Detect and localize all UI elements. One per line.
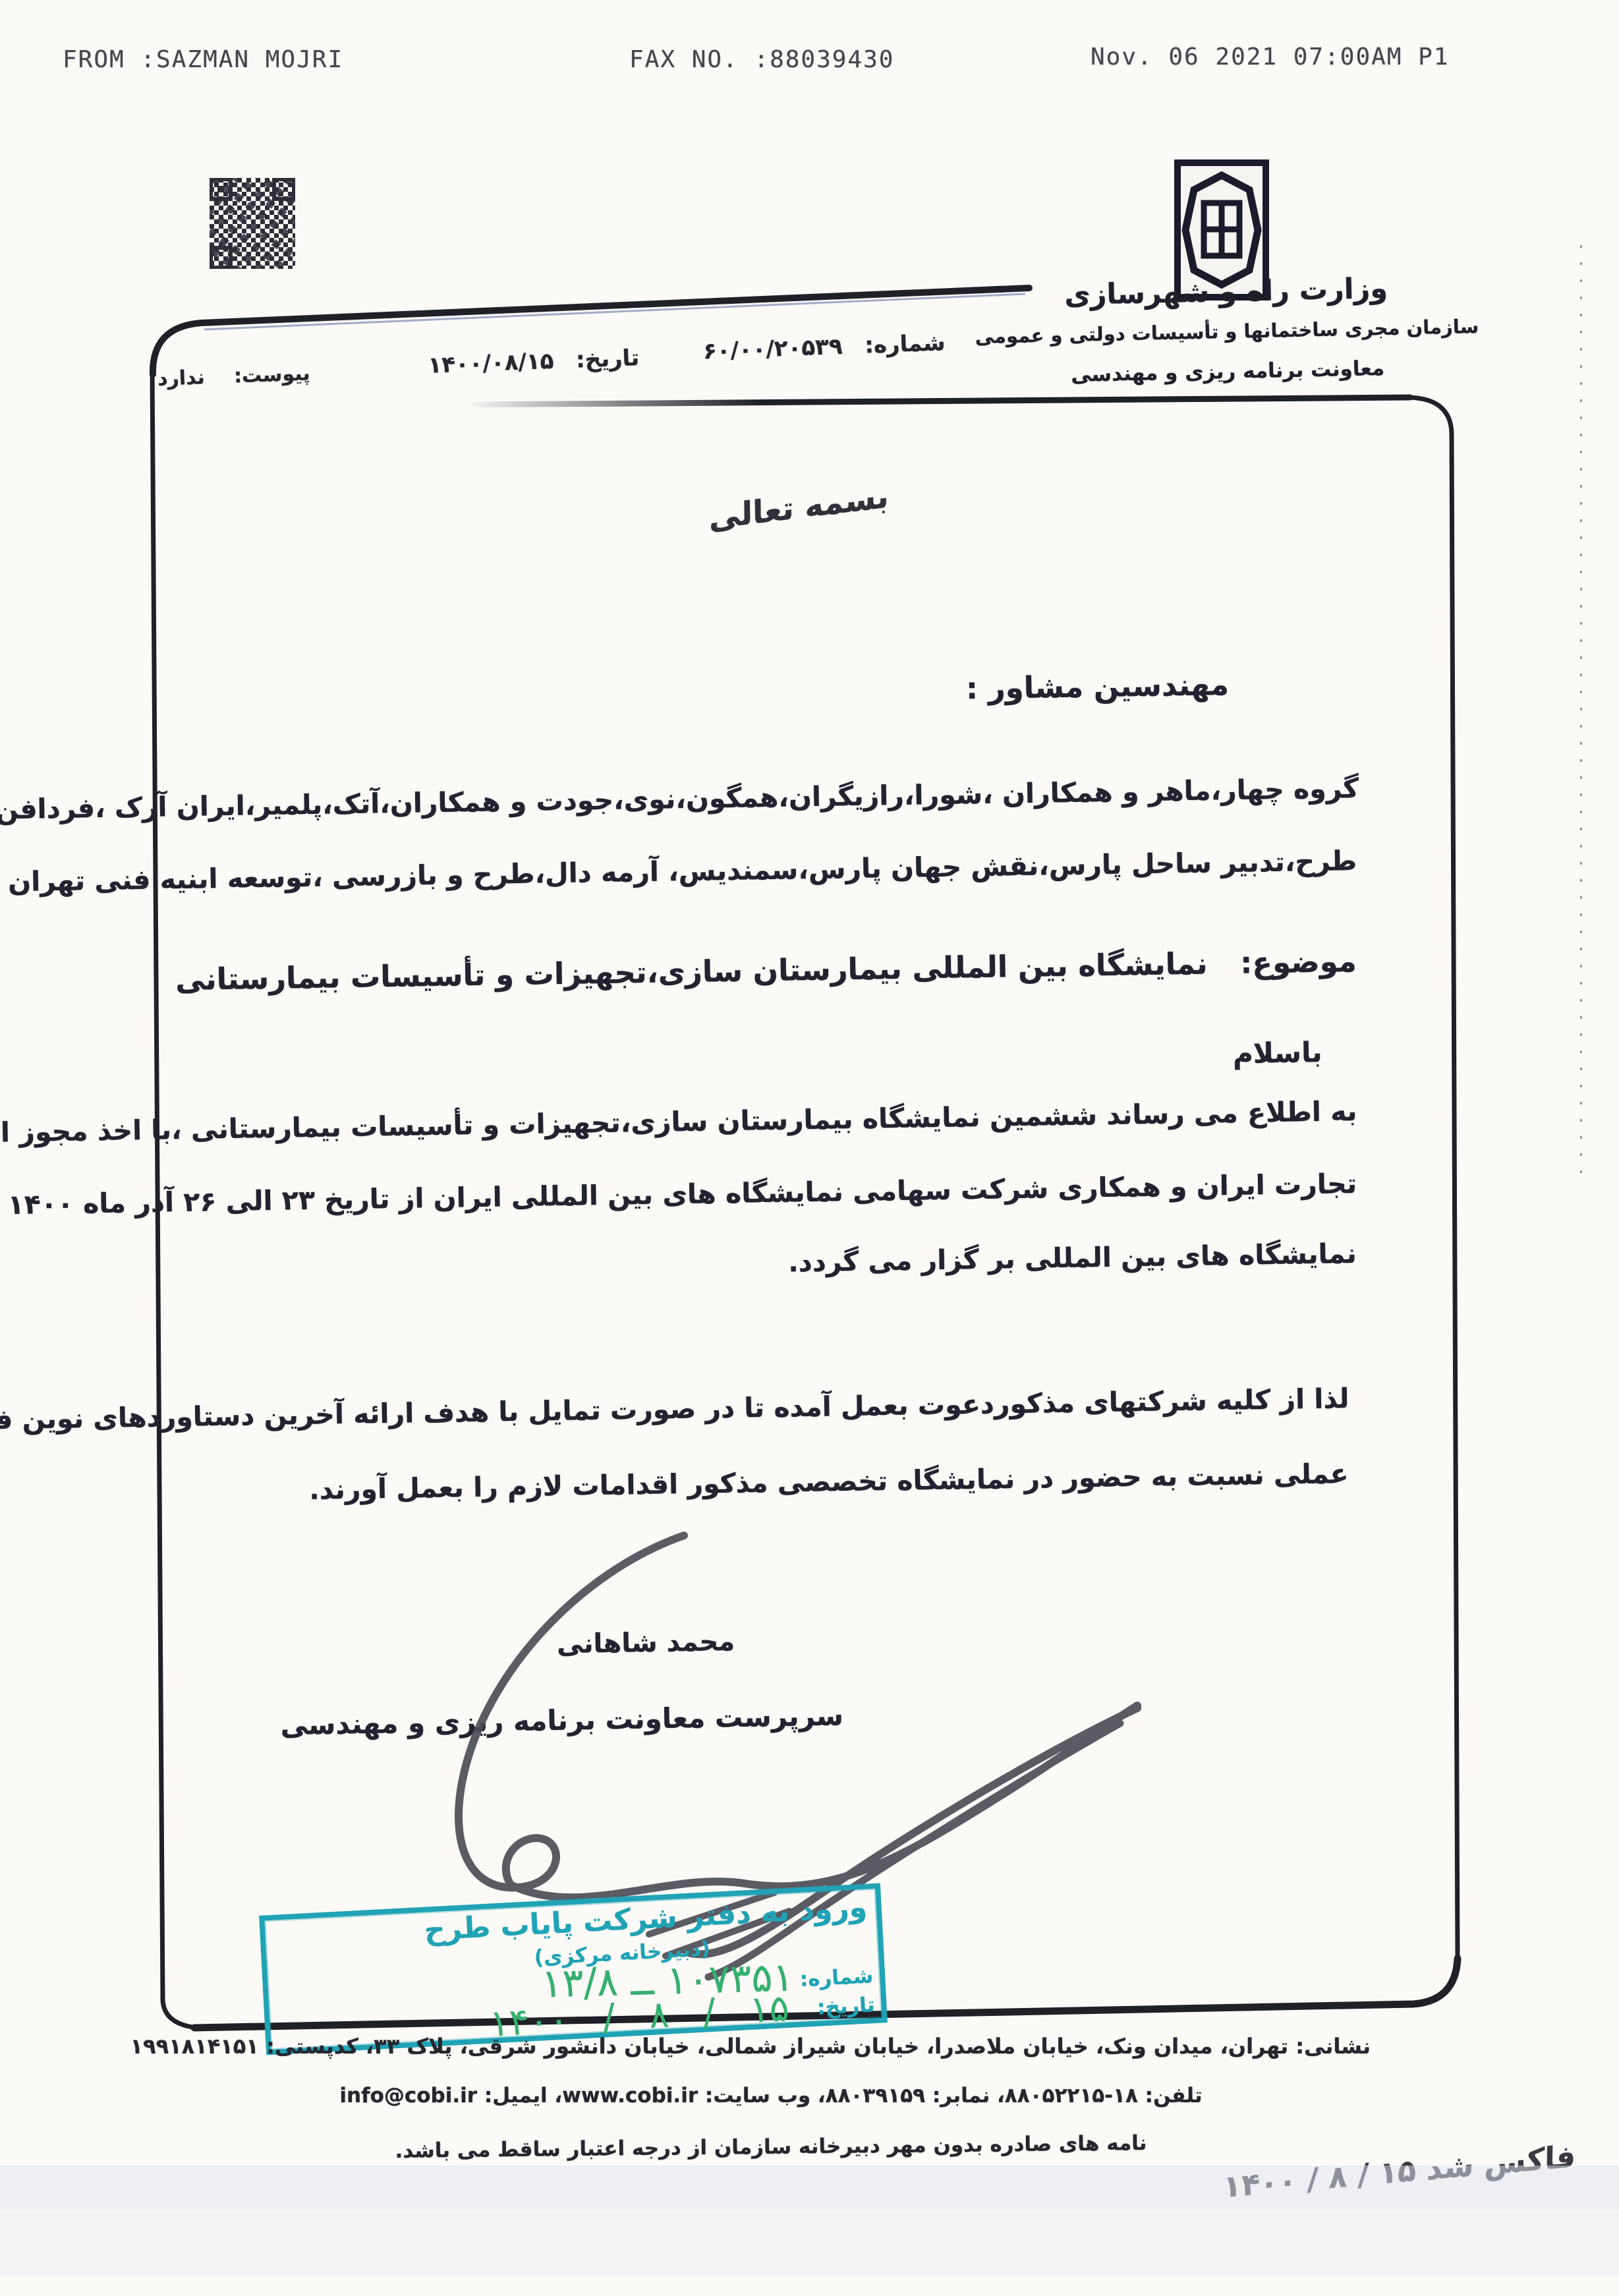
footer-contacts: تلفن: ۱۸-۸۸۰۵۲۲۱۵، نمابر: ۸۸۰۳۹۱۵۹، وب س…	[171, 2084, 1371, 2108]
footer-address: نشانی: تهران، میدان ونک، خیابان ملاصدرا،…	[171, 2034, 1371, 2059]
fax-page: FROM :SAZMAN MOJRI FAX NO. :88039430 Nov…	[0, 0, 1619, 2296]
stamp-number-label: شماره:	[799, 1964, 874, 1992]
scan-edge-artifact	[1580, 245, 1582, 1181]
stamp-date-label: تاریخ:	[816, 1993, 875, 2020]
